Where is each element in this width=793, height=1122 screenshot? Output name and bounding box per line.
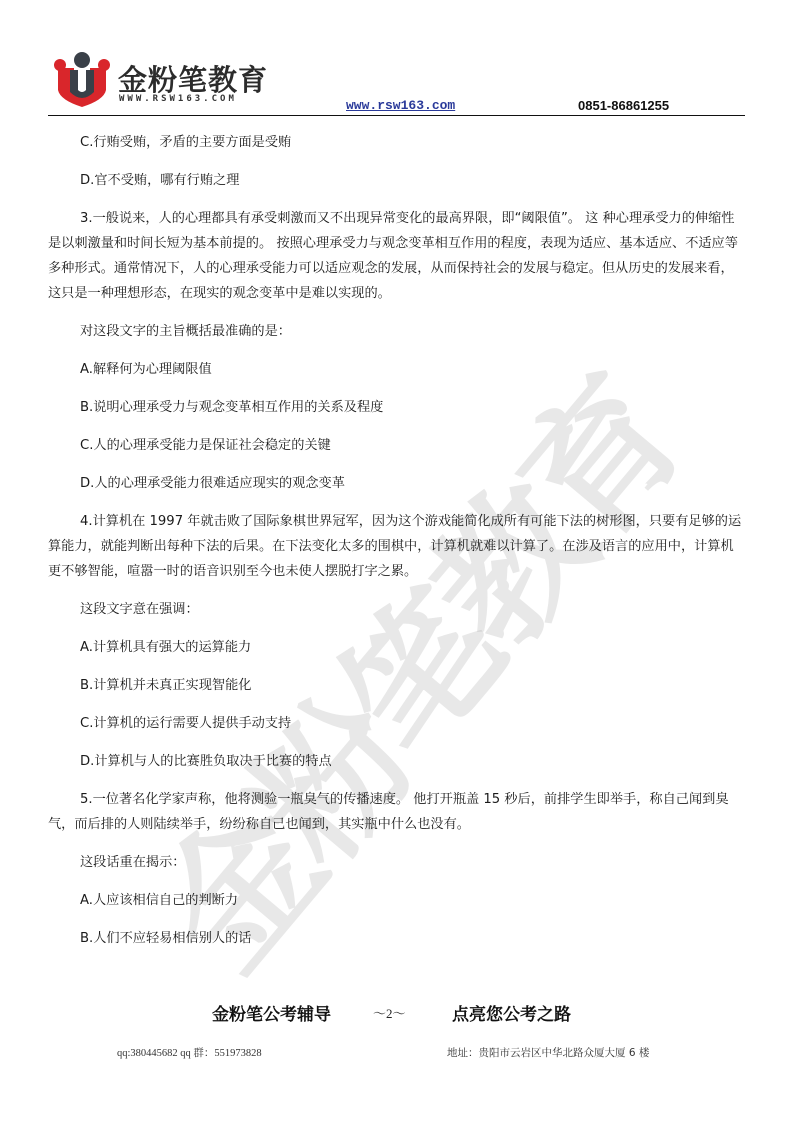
footer-slogan-left: 金粉笔公考辅导 [212,1000,331,1025]
question-prompt: 这段话重在揭示： [48,850,745,875]
option-b: B.计算机并未真正实现智能化 [48,673,745,698]
document-body: C.行贿受贿，矛盾的主要方面是受贿 D.官不受贿，哪有行贿之理 3.一般说来，人… [48,130,745,951]
page-footer: 金粉笔公考辅导 ～2～ 点亮您公考之路 [0,1000,793,1030]
option-a: A.计算机具有强大的运算能力 [48,635,745,660]
page-header: 金粉笔教育 WWW.RSW163.COM www.rsw163.com 0851… [48,50,745,116]
question-4: 4.计算机在 1997 年就击败了国际象棋世界冠军，因为这个游戏能简化成所有可能… [48,509,745,584]
option-c: C.行贿受贿，矛盾的主要方面是受贿 [48,130,745,155]
option-c: C.计算机的运行需要人提供手动支持 [48,711,745,736]
brand-name: 金粉笔教育 [118,58,268,99]
question-prompt: 这段文字意在强调： [48,597,745,622]
brand-url: WWW.RSW163.COM [119,94,237,104]
question-3: 3.一般说来，人的心理都具有承受刺激而又不出现异常变化的最高界限，即“阈限值”。… [48,206,745,306]
footer-slogan-right: 点亮您公考之路 [452,1000,571,1025]
option-b: B.说明心理承受力与观念变革相互作用的关系及程度 [48,395,745,420]
option-b: B.人们不应轻易相信别人的话 [48,926,745,951]
brand-logo-icon [52,50,112,108]
option-d: D.官不受贿，哪有行贿之理 [48,168,745,193]
footer-contact: qq:380445682 qq 群：551973828 地址：贵阳市云岩区中华北… [0,1045,793,1063]
footer-qq: qq:380445682 qq 群：551973828 [117,1045,262,1060]
phone-number: 0851-86861255 [578,98,669,113]
website-link[interactable]: www.rsw163.com [346,98,455,113]
option-a: A.解释何为心理阈限值 [48,357,745,382]
header-divider [48,115,745,116]
footer-address: 地址：贵阳市云岩区中华北路众厦大厦 6 楼 [447,1045,649,1060]
option-d: D.计算机与人的比赛胜负取决于比赛的特点 [48,749,745,774]
option-c: C.人的心理承受能力是保证社会稳定的关键 [48,433,745,458]
option-d: D.人的心理承受能力很难适应现实的观念变革 [48,471,745,496]
document-page: 金粉笔教育 金粉笔教育 WWW.RSW163.COM www.rsw163.co… [0,0,793,1122]
question-prompt: 对这段文字的主旨概括最准确的是： [48,319,745,344]
question-5: 5.一位著名化学家声称，他将测验一瓶臭气的传播速度。 他打开瓶盖 15 秒后，前… [48,787,745,837]
option-a: A.人应该相信自己的判断力 [48,888,745,913]
page-number: ～2～ [373,1003,406,1022]
